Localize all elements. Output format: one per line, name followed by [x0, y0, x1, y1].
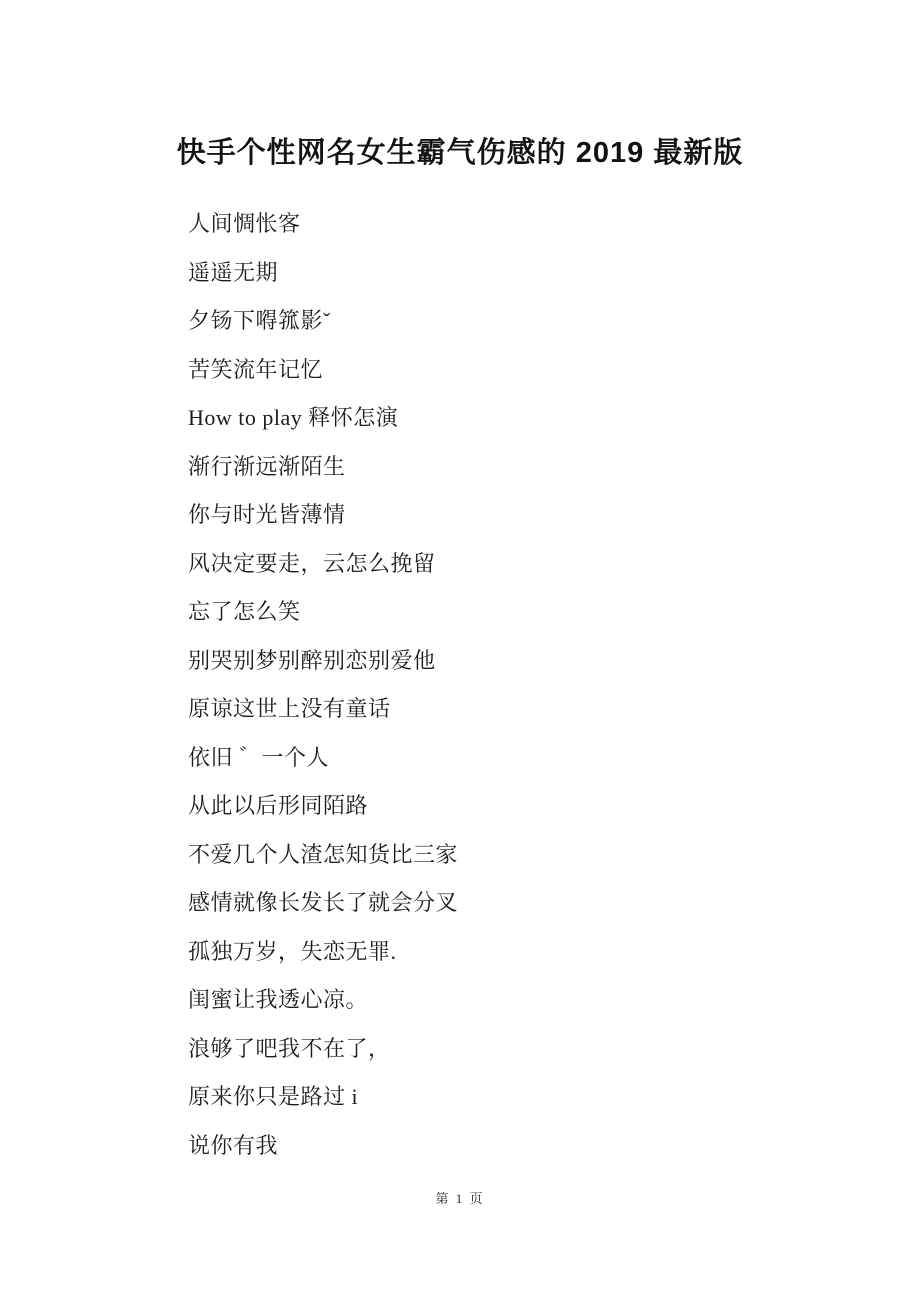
nickname-list: 人间惆怅客遥遥无期夕钖下嘚箛影ˇ苦笑流年记忆How to play 释怀怎演渐行…	[188, 200, 770, 1170]
nickname-line: 人间惆怅客	[188, 200, 770, 249]
nickname-line: 孤独万岁，失恋无罪.	[188, 928, 770, 977]
nickname-line: 感情就像长发长了就会分叉	[188, 879, 770, 928]
nickname-line: 别哭别梦别醉别恋别爱他	[188, 637, 770, 686]
nickname-line: 说你有我	[188, 1122, 770, 1171]
nickname-line: 依旧 ゛一个人	[188, 734, 770, 783]
nickname-line: 夕钖下嘚箛影ˇ	[188, 297, 770, 346]
document-page: 快手个性网名女生霸气伤感的 2019 最新版 人间惆怅客遥遥无期夕钖下嘚箛影ˇ苦…	[0, 0, 920, 1302]
nickname-line: 渐行渐远渐陌生	[188, 443, 770, 492]
nickname-line: 浪够了吧我不在了，	[188, 1025, 770, 1074]
nickname-line: How to play 释怀怎演	[188, 394, 770, 443]
document-title: 快手个性网名女生霸气伤感的 2019 最新版	[0, 0, 920, 170]
nickname-line: 不爱几个人渣怎知货比三家	[188, 831, 770, 880]
nickname-line: 你与时光皆薄情	[188, 491, 770, 540]
nickname-line: 从此以后形同陌路	[188, 782, 770, 831]
nickname-line: 忘了怎么笑	[188, 588, 770, 637]
nickname-line: 风决定要走，云怎么挽留	[188, 540, 770, 589]
page-number: 第 1 页	[0, 1188, 920, 1207]
nickname-line: 原来你只是路过 i	[188, 1073, 770, 1122]
nickname-line: 闺蜜让我透心凉。	[188, 976, 770, 1025]
nickname-line: 原谅这世上没有童话	[188, 685, 770, 734]
nickname-line: 苦笑流年记忆	[188, 346, 770, 395]
nickname-line: 遥遥无期	[188, 249, 770, 298]
